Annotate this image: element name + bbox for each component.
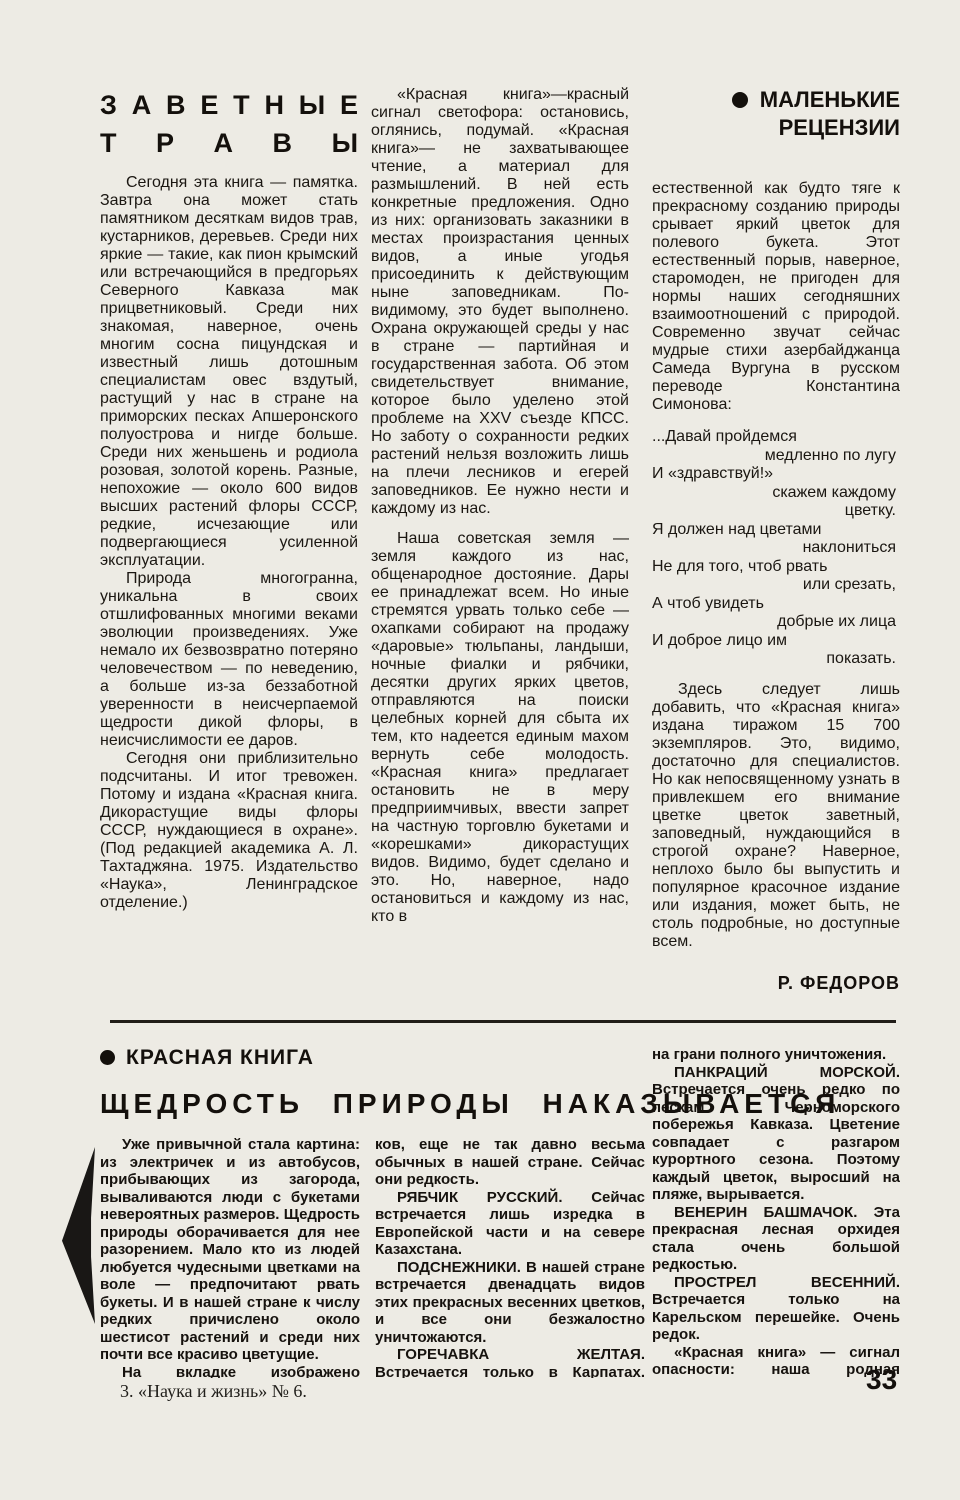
red-book-column-3: на грани полного уничтожения. ПАНКРАЦИЙ … <box>652 1046 900 1378</box>
paragraph: ПОДСНЕЖНИКИ. В нашей стране встречается … <box>375 1259 645 1347</box>
article-title-line-1: З А В Е Т Н Ы Е <box>100 86 358 124</box>
poem-line: И «здравствуй!» <box>652 465 900 484</box>
paragraph: Здесь следует лишь добавить, что «Красна… <box>652 681 900 951</box>
poem-line: скажем каждому <box>652 484 900 503</box>
small-reviews-heading-line-1: МАЛЕНЬКИЕ <box>652 86 900 114</box>
red-book-column-2: ков, еще не так давно весьма обычных в н… <box>375 1136 645 1378</box>
small-reviews-column: МАЛЕНЬКИЕ РЕЦЕНЗИИ естественной как будт… <box>652 86 900 1020</box>
paragraph: ВЕНЕРИН БАШМАЧОК. Эта прекрасная лесная … <box>652 1204 900 1274</box>
poem-line: ...Давай пройдемся <box>652 428 900 447</box>
poem-line: или срезать, <box>652 576 900 595</box>
poem-line: Я должен над цветами <box>652 521 900 540</box>
poem-line: Не для того, чтоб рвать <box>652 558 900 577</box>
paragraph: «Красная книга»—красный сигнал светофора… <box>371 86 629 518</box>
red-book-left-block: КРАСНАЯ КНИГА ЩЕДРОСТЬ ПРИРОДЫ НАКАЗЫВАЕ… <box>100 1046 645 1378</box>
top-articles-section: З А В Е Т Н Ы Е Т Р А В Ы Сегодня эта кн… <box>100 86 900 1020</box>
small-reviews-heading: МАЛЕНЬКИЕ РЕЦЕНЗИИ <box>652 86 900 142</box>
poem-line: добрые их лица <box>652 613 900 632</box>
red-book-section: КРАСНАЯ КНИГА ЩЕДРОСТЬ ПРИРОДЫ НАКАЗЫВАЕ… <box>100 1046 900 1378</box>
article-title-line-2: Т Р А В Ы <box>100 124 358 162</box>
paragraph: на грани полного уничтожения. <box>652 1046 900 1064</box>
paragraph: ГОРЕЧАВКА ЖЕЛТАЯ. Встречается только в К… <box>375 1346 645 1378</box>
page-number: 33 <box>866 1364 897 1396</box>
paragraph: Природа многогранна, уникальна в своих о… <box>100 570 358 750</box>
red-book-rubric-text: КРАСНАЯ КНИГА <box>126 1046 314 1069</box>
poem-line: показать. <box>652 650 900 669</box>
poem-line: медленно по лугу <box>652 447 900 466</box>
poem-line: А чтоб увидеть <box>652 595 900 614</box>
plate-pointer-arrow-icon <box>62 1147 95 1324</box>
bullet-icon <box>100 1050 115 1065</box>
paragraph: РЯБЧИК РУССКИЙ. Сейчас встречается лишь … <box>375 1189 645 1259</box>
section-divider-rule <box>110 1020 896 1023</box>
small-reviews-heading-line-2: РЕЦЕНЗИИ <box>652 114 900 142</box>
paragraph: На вкладке изображено несколько прекрасн… <box>100 1364 360 1379</box>
magazine-page: { "article1": { "title_line1": "З А В Е … <box>0 0 960 1500</box>
paragraph: Сегодня эта книга — памятка. Завтра она … <box>100 174 358 570</box>
paragraph: «Красная книга» — сигнал опасности: наша… <box>652 1344 900 1379</box>
red-book-headline: ЩЕДРОСТЬ ПРИРОДЫ НАКАЗЫВАЕТСЯ <box>100 1088 645 1120</box>
article-zavetnye-travy-column-2: «Красная книга»—красный сигнал светофора… <box>371 86 629 1020</box>
red-book-columns: Уже привычной стала картина: из электрич… <box>100 1136 645 1378</box>
article-title: З А В Е Т Н Ы Е Т Р А В Ы <box>100 86 358 162</box>
small-reviews-heading-text-1: МАЛЕНЬКИЕ <box>760 87 900 112</box>
poem-line: И доброе лицо им <box>652 632 900 651</box>
red-book-column-1: Уже привычной стала картина: из электрич… <box>100 1136 360 1378</box>
paragraph: Сегодня они приблизительно подсчитаны. И… <box>100 750 358 912</box>
author-signature: Р. ФЕДОРОВ <box>652 973 900 994</box>
bullet-icon <box>732 92 748 108</box>
poem-line: наклониться <box>652 539 900 558</box>
poem-line: цветку. <box>652 502 900 521</box>
paragraph: Уже привычной стала картина: из электрич… <box>100 1136 360 1364</box>
poem-quote: ...Давай пройдемся медленно по лугу И «з… <box>652 428 900 669</box>
paragraph: ПАНКРАЦИЙ МОРСКОЙ. Встречается очень ред… <box>652 1064 900 1204</box>
paragraph: Наша советская земля — земля каждого из … <box>371 530 629 926</box>
imprint-note: 3. «Наука и жизнь» № 6. <box>120 1381 307 1402</box>
red-book-rubric-label: КРАСНАЯ КНИГА <box>100 1046 645 1070</box>
paragraph: ПРОСТРЕЛ ВЕСЕННИЙ. Встречается только на… <box>652 1274 900 1344</box>
paragraph: естественной как будто тяге к прекрасном… <box>652 180 900 414</box>
article-zavetnye-travy-column-1: З А В Е Т Н Ы Е Т Р А В Ы Сегодня эта кн… <box>100 86 358 1020</box>
paragraph: ков, еще не так давно весьма обычных в н… <box>375 1136 645 1189</box>
